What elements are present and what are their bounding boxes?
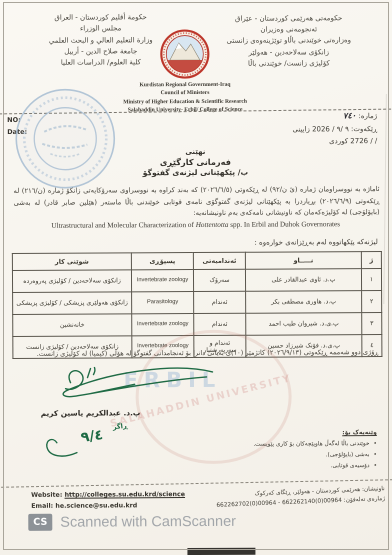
cell-no: ٣ (362, 313, 382, 335)
website-label: Website: (31, 492, 62, 499)
table-row: ٢ پ.د. هاوری مصطفی بکر ئەندام Parasitolo… (13, 291, 382, 315)
col-header-no: ژ (361, 252, 381, 269)
copies-item: بەشی (بایۆلۆجی). (253, 450, 377, 461)
cell-workplace: زانکۆی سەلاحەدین / کۆلیژی پەروەردە (12, 270, 131, 293)
copies-block: وێنەیەک بۆ: خوێندنی باڵا لەگەڵ هاوپێچەکا… (253, 427, 377, 472)
header-kurdish-line: کۆلیژی زانست/ خوێندنی باڵا (201, 58, 377, 70)
thesis-species-name: Hottentotta (196, 221, 229, 229)
col-header-specialty: پسپۆڕی (131, 253, 193, 270)
scan-edge-artifact (187, 548, 255, 555)
camscanner-label: Scanned with CamScanner (60, 513, 236, 530)
signature-flourish-icon (43, 427, 83, 461)
col-header-workplace: شوێنی کار (12, 253, 131, 271)
number-label: ژمارە: (358, 112, 377, 120)
cell-membership: ئەندام (194, 291, 246, 313)
footer-contact-ku: ناونیشان: هەرێمی کوردستان - هەولێر، ڕێگا… (216, 484, 386, 512)
header-kurdish-line: حکومەتی هەرێمی کوردستان - عێراق (201, 13, 377, 25)
header-arabic-line: مجلس الوزراء (25, 23, 177, 35)
reference-number-line: ژمارە: ٧٤٠ (292, 109, 377, 123)
header-arabic-line: كلية العلوم/ الدراسات العليا (25, 57, 177, 69)
gregorian-date-line: ڕێکەوت: ٩ /٩ / 2026 زایینی (292, 123, 377, 136)
cell-specialty: Invertebrate zoology (132, 314, 194, 336)
header-kurdish: حکومەتی هەرێمی کوردستان - عێراق ئەنجومەن… (201, 13, 377, 70)
cell-name: پ.د. ئاوی عبدالقادر علی (245, 269, 361, 292)
signature-block: پ.د. عبدالکریم یاسین کریم ڕاگر ٩/٤ (34, 362, 235, 468)
camscanner-badge-icon: CS (28, 514, 52, 531)
table-row: ١ پ.د. ئاوی عبدالقادر علی سەرۆک Inverteb… (12, 269, 381, 293)
copies-heading: وێنەیەک بۆ: (253, 427, 377, 439)
scanned-page-background: حكومة أقليم كوردستان - العراق مجلس الوزر… (0, 0, 392, 555)
cell-workplace: زانکۆی هەولێری پزیشکی / کۆلیژی پزیشکی (13, 292, 132, 315)
header-arabic-line: وزارة التعليم العالي و البحث العلمي (25, 35, 177, 47)
cell-no: ٢ (362, 291, 382, 313)
cell-specialty: Invertebrate zoology (131, 270, 193, 292)
cell-no: ١ (361, 269, 381, 291)
cell-membership: ئەندام (194, 313, 246, 335)
header-kurdish-line: ئەنجومەنی وەزیران (201, 24, 377, 36)
header-kurdish-line: زانکۆی سەلاحەدین - هەولێر (201, 47, 377, 59)
cell-workplace: خانەنشین (13, 314, 132, 337)
footer-contact-en: Website: http://colleges.su.edu.krd/scie… (31, 489, 185, 512)
thesis-title: Ultrastructural and Molecular Characteri… (18, 220, 374, 230)
cell-membership: سەرۆک (193, 269, 245, 291)
header-kurdish-line: وەزارەتی خوێندنی باڵاو توێژینەوەی زانستی (201, 35, 377, 47)
thesis-title-post: spp. In Erbil and Duhok Governorates (228, 220, 340, 229)
cell-specialty: Parasitology (132, 292, 194, 314)
copies-item: خوێندنی باڵا لەگەڵ هاوپێچەکان بۆ کاری پێ… (253, 439, 377, 450)
kurdish-date-line: / / 2726 کوردی (293, 135, 378, 148)
signature-date-note: ٩/٤ (80, 427, 104, 446)
copies-list: خوێندنی باڵا لەگەڵ هاوپێچەکان بۆ کاری پێ… (253, 439, 377, 472)
cell-name: پ.د. هاوری مصطفی بکر (246, 291, 362, 314)
table-header-row: ژ نـــــاو ئەندامیەتی پسپۆڕی شوێنی کار (12, 252, 381, 271)
number-value: ٧٤٠ (343, 109, 357, 124)
subject-block: نهێنی فەرمانی کارگێڕی ب/ پێکهێنانی لیژنە… (0, 147, 391, 178)
page-fold-line (383, 94, 387, 304)
committee-table: ژ نـــــاو ئەندامیەتی پسپۆڕی شوێنی کار ١… (12, 251, 383, 359)
copies-item: دۆسیەی قوتابی. (253, 461, 377, 472)
table-row: ٣ پ.ی.د. شیروان طیب احمد ئەندام Inverteb… (13, 313, 382, 337)
website-line: Website: http://colleges.su.edu.krd/scie… (31, 489, 185, 501)
signatory-title: ڕاگر (112, 422, 127, 432)
email-label: Email: (31, 503, 53, 510)
header-arabic: حكومة أقليم كوردستان - العراق مجلس الوزر… (25, 12, 177, 69)
signature-icon (34, 362, 224, 413)
website-link[interactable]: http://colleges.su.edu.krd/science (65, 491, 186, 499)
email-line: Email: he.science@su.edu.krd (31, 500, 185, 512)
col-header-membership: ئەندامیەتی (193, 252, 245, 269)
body-paragraph: ئاماژە بە نووسراومان ژمارە (ئ ن/٩٢) لە ڕ… (14, 184, 380, 221)
email-value: he.science@su.edu.krd (55, 503, 137, 510)
signatory-name: پ.د. عبدالکریم یاسین کریم (41, 408, 141, 418)
subject-line: ب/ پێکهێنانی لیژنەی گفتوگۆ (0, 167, 391, 178)
document-content: حكومة أقليم كوردستان - العراق مجلس الوزر… (0, 0, 392, 555)
thesis-title-pre: Ultrastructural and Molecular Characteri… (51, 221, 195, 230)
order-type: فەرمانی کارگێڕی (0, 156, 391, 168)
camscanner-watermark: CS Scanned with CamScanner (28, 513, 236, 531)
committee-intro: لیژنەکە پێکهاتووە لەم بەڕێزانەی خوارەوە … (254, 238, 377, 247)
cell-name: پ.ی.د. شیروان طیب احمد (246, 313, 362, 336)
reference-block: ژمارە: ٧٤٠ ڕێکەوت: ٩ /٩ / 2026 زایینی / … (292, 109, 377, 148)
header-arabic-line: حكومة أقليم كوردستان - العراق (25, 12, 177, 24)
col-header-name: نـــــاو (245, 252, 361, 270)
header-arabic-line: جامعة صلاح الدين - أربيل (25, 46, 177, 58)
university-logo-icon (160, 29, 210, 79)
